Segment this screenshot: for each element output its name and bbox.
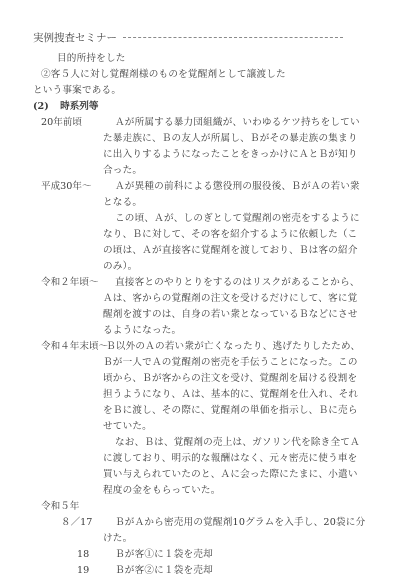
timeline-text: なお、Ｂは、覚醒剤の売上は、ガソリン代を除き全てＡ [115, 437, 360, 449]
timeline-text: 担うようになり、Ａは、基本的に、覚醒剤を仕入れ、それ [103, 389, 358, 401]
header-title: 実例捜査セミナー [33, 30, 117, 45]
timeline-text: せていた。 [103, 421, 152, 433]
timeline-text: Ａは、客からの覚醒剤の注文を受けるだけにして、客に覚 [103, 293, 357, 305]
timeline-text: 合った。 [103, 165, 142, 177]
timeline-text: 直接客とのやりとりをするのはリスクがあることから、 [115, 277, 360, 289]
timeline-text: Ｂが客①に１袋を売却 [115, 549, 213, 561]
timeline-text: けた。 [103, 533, 132, 545]
timeline-text: 程度の金をもらっていた。 [103, 485, 221, 497]
timeline-date: ８／17 [61, 517, 92, 529]
timeline-text: の頃は、Ａが直接客に覚醒剤を渡しており、Ｂは客の紹介 [103, 245, 358, 257]
running-header: 実例捜査セミナー [33, 29, 343, 45]
timeline-text: Ｂ以外のＡの若い衆が亡くなったり、逃げたりしたため、 [106, 341, 360, 353]
timeline-date: 18 [77, 549, 89, 561]
timeline-text: 醒剤を渡すのは、自身の若い衆となっているＢなどにさせ [103, 309, 358, 321]
timeline-text: に渡しており、明示的な報酬はなく、元々密売に使う車を [103, 453, 357, 465]
timeline-text: Ａが所属する暴力団組織が、いわゆるケツ持ちをしてい [115, 117, 360, 129]
timeline-label: 平成30年～ [41, 181, 92, 193]
intro-line: ②客５人に対し覚醒剤様のものを覚醒剤として譲渡した [41, 69, 286, 81]
timeline-text: 買い与えられていたのと、Ａに会った際にたまに、小遣い [103, 469, 358, 481]
intro-line: 目的所持をした [57, 53, 126, 65]
timeline-text: Ｂが一人でＡの覚醒剤の密売を手伝うことになった。この [103, 357, 358, 369]
timeline-label: 令和５年 [41, 501, 79, 513]
section-heading: (2) 時系列等 [33, 101, 98, 113]
timeline-text: に出入りするようになったことをきっかけにＡとＢが知り [103, 149, 358, 161]
timeline-text: のみ）。 [103, 261, 137, 273]
timeline-text: をＢに渡し、その際に、覚醒剤の単価を指示し、Ｂに売ら [103, 405, 358, 417]
timeline-text: Ｂが客②に１袋を売却 [115, 565, 213, 577]
timeline-text: この頃、Ａが、しのぎとして覚醒剤の密売をするように [115, 213, 360, 225]
timeline-text: 頃から、Ｂが客からの注文を受け、覚醒剤を届ける役割を [103, 373, 357, 385]
section-number: (2) [33, 101, 49, 112]
timeline-text: となる。 [103, 197, 142, 209]
timeline-date: 19 [77, 565, 89, 577]
timeline-text: た暴走族に、Ｂの友人が所属し、Ｂがその暴走族の集まり [103, 133, 358, 145]
timeline-label: 20年前頃 [41, 117, 82, 129]
timeline-text: ＢがＡから密売用の覚醒剤10グラムを入手し、20袋に分 [115, 517, 365, 529]
timeline-text: なり、Ｂに対して、その客を紹介するように依頼した（こ [103, 229, 357, 241]
timeline-label: 令和４年末頃～ [41, 341, 108, 353]
timeline-text: るようになった。 [103, 325, 181, 337]
section-title: 時系列等 [60, 101, 98, 112]
header-dashed-rule [123, 37, 343, 38]
timeline-label: 令和２年頃～ [41, 277, 99, 289]
intro-line: という事案である。 [33, 85, 121, 97]
timeline-text: Ａが異種の前科による懲役刑の服役後、ＢがＡの若い衆 [115, 181, 360, 193]
